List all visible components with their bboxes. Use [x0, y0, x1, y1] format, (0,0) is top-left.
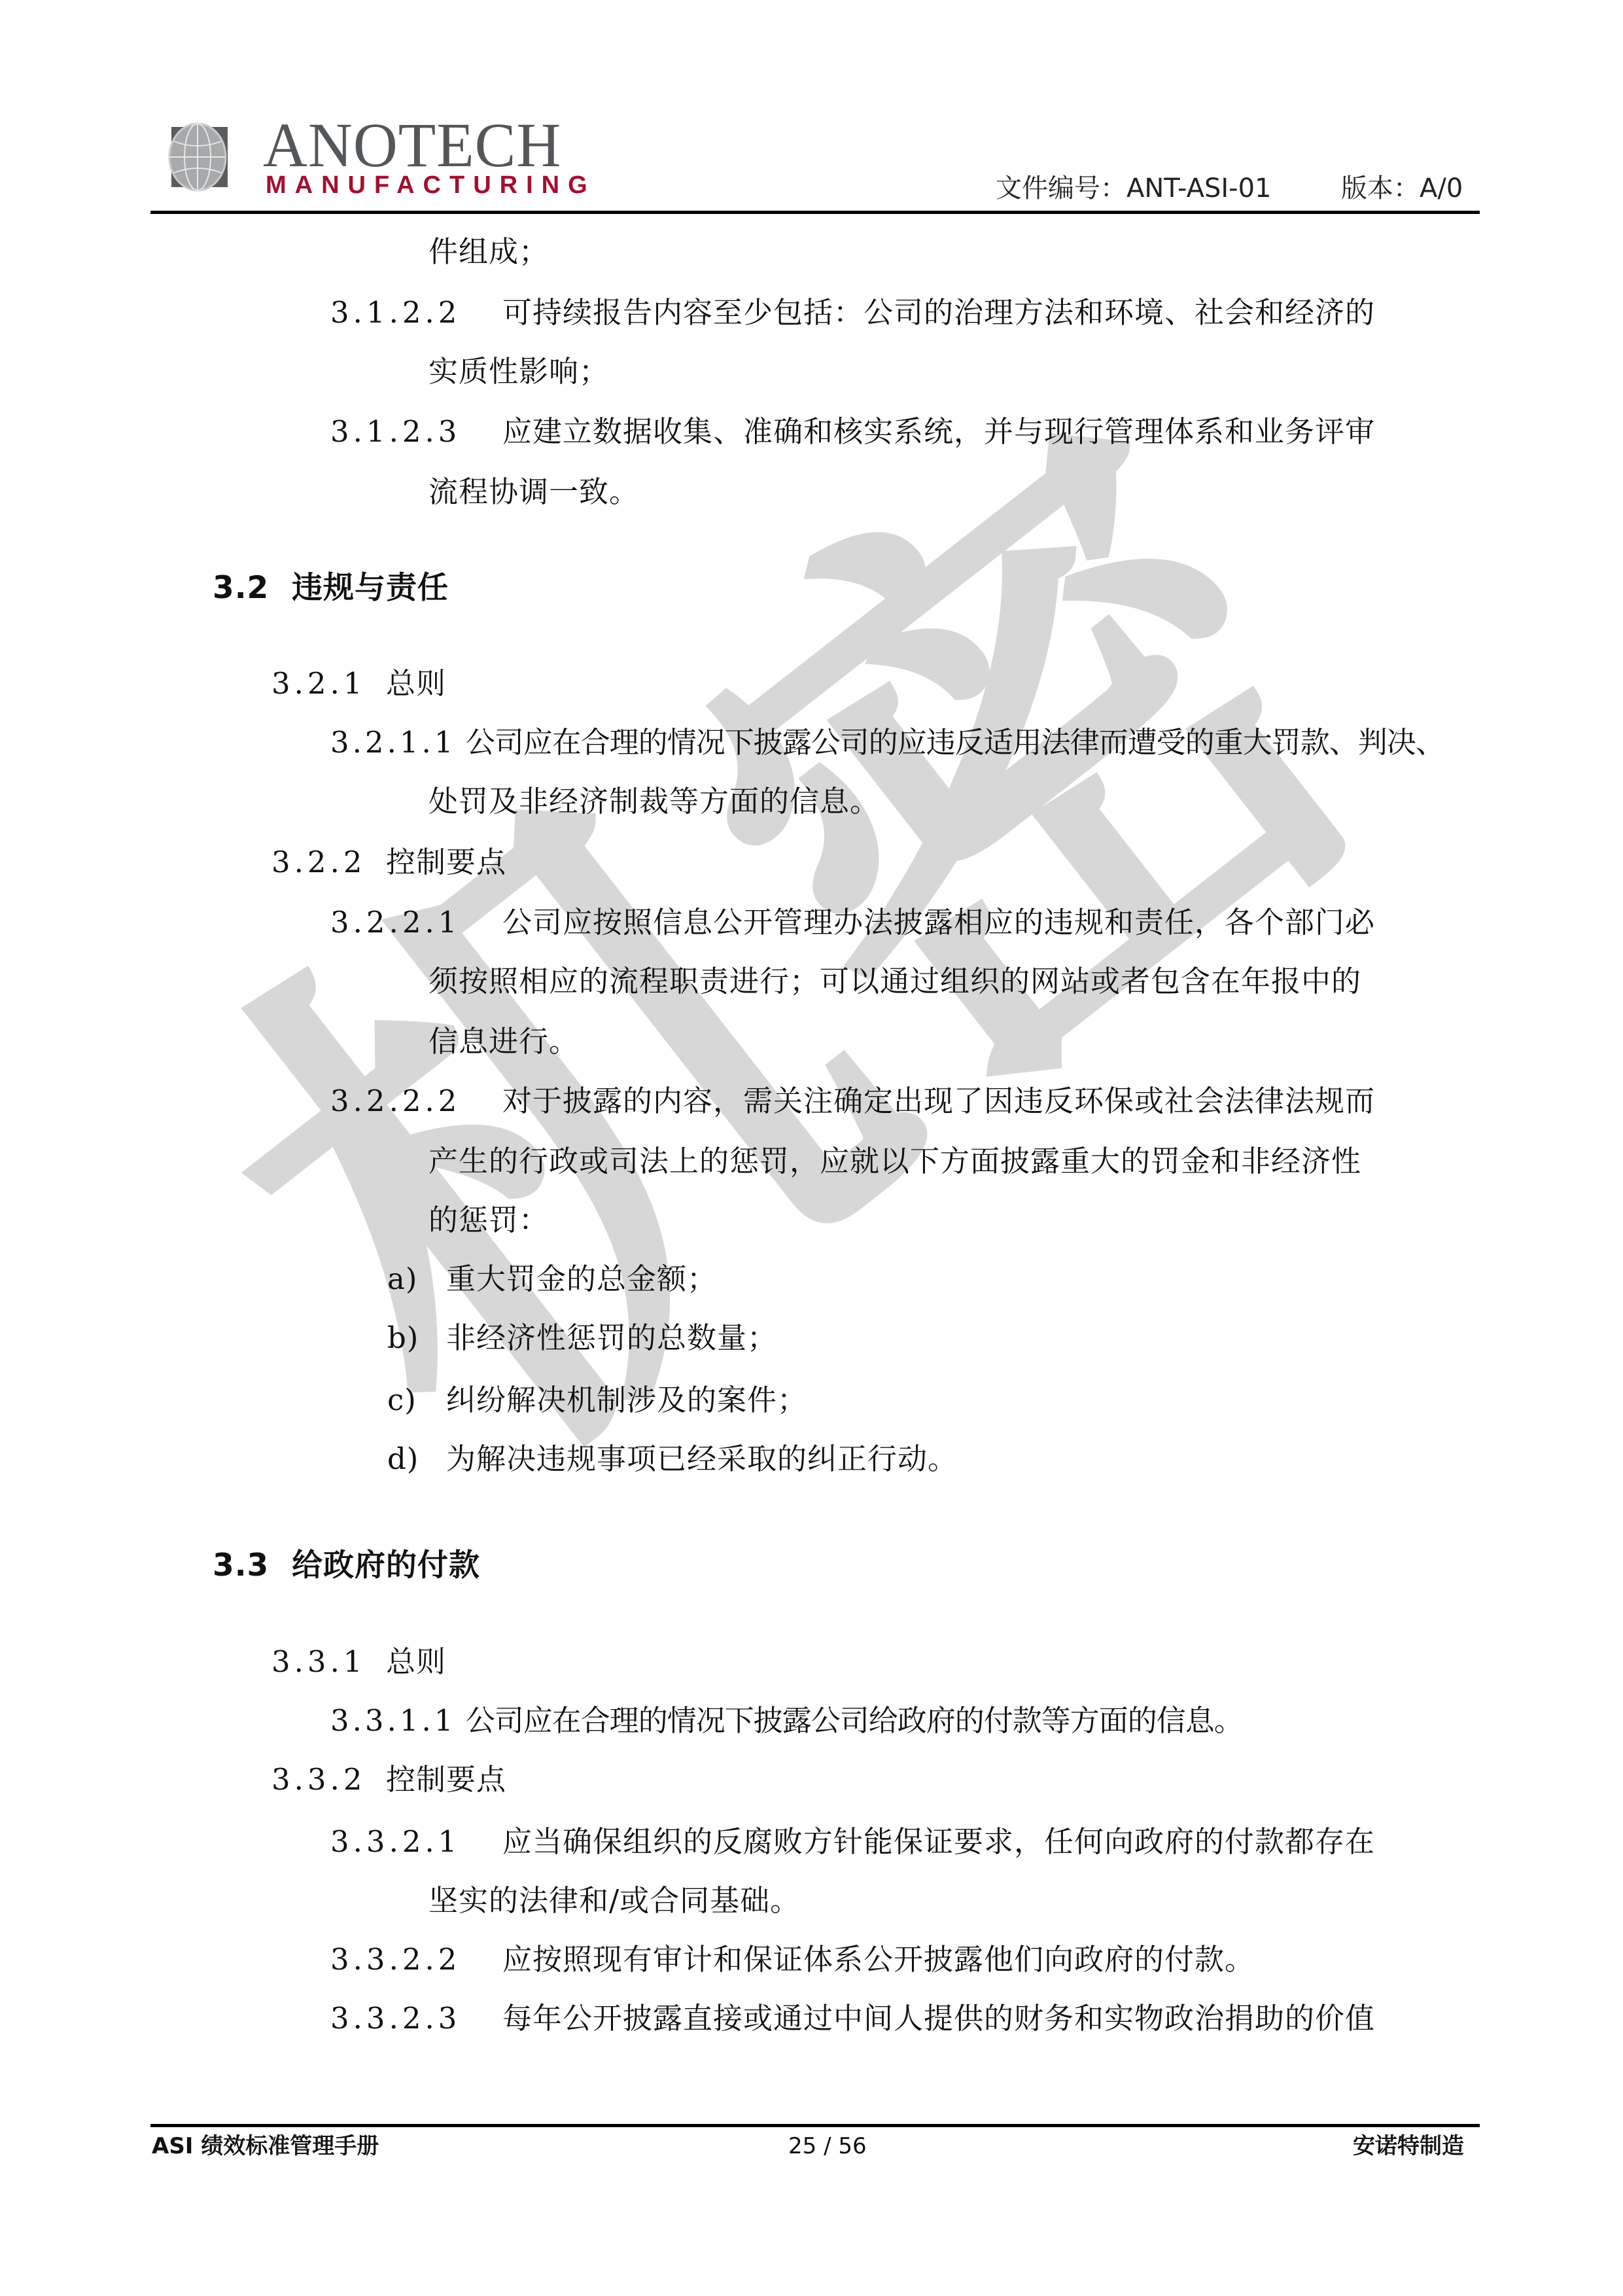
clause-number-inline: 3.3.1.1 — [330, 1703, 456, 1738]
clause-text: 公司应按照信息公开管理办法披露相应的违规和责任，各个部门必 — [502, 906, 1375, 939]
clause-number: 3.1.2.3 — [330, 415, 461, 448]
list-marker: a) — [387, 1263, 417, 1296]
subsection-number: 3.2.2 — [271, 846, 366, 879]
subsection-title: 总则 — [386, 1646, 446, 1678]
clause-text: 应建立数据收集、准确和核实系统，并与现行管理体系和业务评审 — [502, 415, 1375, 448]
clause-number: 3.3.2.3 — [330, 2002, 461, 2035]
clause-text-cont: 须按照相应的流程职责进行；可以通过组织的网站或者包含在年报中的 — [428, 965, 1361, 998]
list-marker: c) — [387, 1384, 417, 1417]
clause-line: 3.3.1.1 公司应在合理的情况下披露公司给政府的付款等方面的信息。 — [330, 1704, 1243, 1737]
logo-wordmark: ANOTECH — [263, 114, 561, 177]
clause-text: 对于披露的内容，需关注确定出现了因违反环保或社会法律法规而 — [502, 1085, 1375, 1118]
watermark-text: 机密 — [153, 354, 1444, 1543]
section-number: 3.3 — [213, 1549, 269, 1582]
subsection-number: 3.2.1 — [271, 667, 366, 700]
clause-number: 3.2.2.2 — [330, 1085, 461, 1118]
list-marker: d) — [387, 1443, 419, 1475]
footer-manual-title: ASI 绩效标准管理手册 — [152, 2133, 379, 2159]
clause-text-cont: 的惩罚： — [428, 1204, 549, 1237]
clause-text: 应按照现有审计和保证体系公开披露他们向政府的付款。 — [502, 1943, 1255, 1976]
company-logo: ANOTECH MANUFACTURING — [164, 113, 569, 198]
section-title: 给政府的付款 — [292, 1549, 480, 1582]
section-number: 3.2 — [213, 572, 269, 605]
clause-text-cont: 信息进行。 — [428, 1025, 579, 1058]
clause-text: 公司应在合理的情况下披露公司给政府的付款等方面的信息。 — [466, 1703, 1243, 1738]
list-item: 非经济性惩罚的总数量； — [446, 1322, 777, 1354]
clause-text-cont: 实质性影响； — [428, 355, 609, 388]
clause-text: 可持续报告内容至少包括：公司的治理方法和环境、社会和经济的 — [502, 296, 1375, 329]
subsection-number: 3.3.1 — [271, 1646, 366, 1678]
globe-icon — [167, 122, 228, 192]
clause-text-cont: 坚实的法律和/或合同基础。 — [428, 1884, 800, 1917]
clause-number-inline: 3.2.1.1 — [330, 725, 456, 760]
document-version: 版本：A/0 — [1341, 174, 1463, 203]
clause-text: 公司应在合理的情况下披露公司的应违反适用法律而遭受的重大罚款、判决、 — [466, 725, 1444, 760]
list-item: 重大罚金的总金额； — [446, 1263, 717, 1296]
list-marker: b) — [387, 1322, 419, 1354]
footer-company: 安诺特制造 — [1353, 2133, 1464, 2159]
clause-text: 应当确保组织的反腐败方针能保证要求，任何向政府的付款都存在 — [502, 1826, 1375, 1858]
clause-text-cont: 流程协调一致。 — [428, 476, 639, 508]
clause-number: 3.2.2.1 — [330, 906, 461, 939]
subsection-number: 3.3.2 — [271, 1763, 366, 1796]
header-rule — [150, 211, 1480, 214]
paragraph-continuation: 件组成； — [428, 236, 549, 268]
clause-text-cont: 处罚及非经济制裁等方面的信息。 — [428, 785, 880, 818]
subsection-title: 控制要点 — [386, 846, 506, 879]
clause-text-cont: 产生的行政或司法上的惩罚，应就以下方面披露重大的罚金和非经济性 — [428, 1145, 1361, 1178]
clause-text: 每年公开披露直接或通过中间人提供的财务和实物政治捐助的价值 — [502, 2002, 1375, 2035]
document-number: 文件编号：ANT-ASI-01 — [996, 174, 1271, 203]
clause-number: 3.1.2.2 — [330, 296, 461, 329]
subsection-title: 控制要点 — [386, 1763, 506, 1796]
clause-number: 3.3.2.2 — [330, 1943, 461, 1976]
footer-rule — [150, 2124, 1480, 2127]
list-item: 为解决违规事项已经采取的纠正行动。 — [446, 1443, 958, 1475]
clause-number: 3.2.1.1 公司应在合理的情况下披露公司的应违反适用法律而遭受的重大罚款、判… — [330, 726, 1444, 759]
page-number: 25 / 56 — [788, 2133, 867, 2159]
section-title: 违规与责任 — [292, 572, 449, 605]
list-item: 纠纷解决机制涉及的案件； — [446, 1384, 807, 1417]
clause-number: 3.3.2.1 — [330, 1826, 461, 1858]
logo-subtitle: MANUFACTURING — [266, 173, 596, 198]
subsection-title: 总则 — [386, 667, 446, 700]
